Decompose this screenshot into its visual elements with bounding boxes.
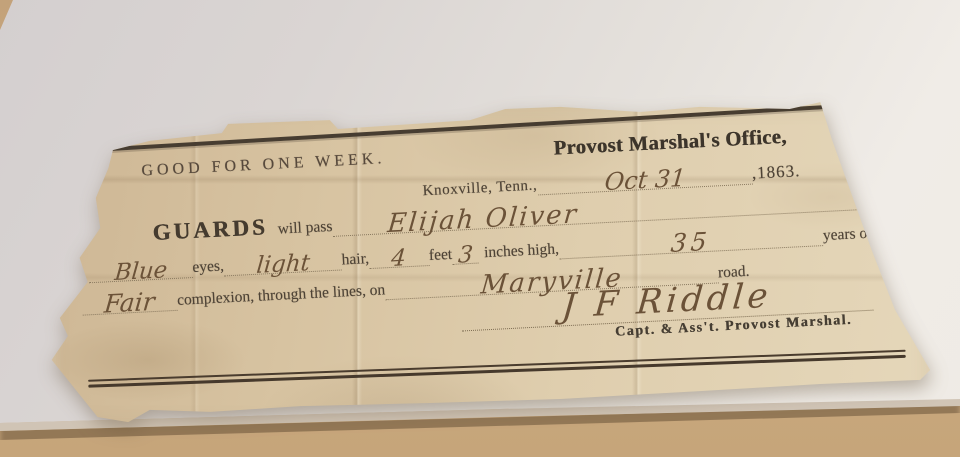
office-title: Provost Marshal's Office, — [553, 126, 787, 161]
feet-label: feet — [429, 246, 453, 265]
complexion-label: complexion, through the lines, on — [177, 281, 386, 310]
inches-label: inches high, — [484, 240, 560, 262]
handwritten-inches: 3 — [457, 246, 473, 265]
handwritten-hair: light — [255, 254, 310, 275]
handwritten-eyes: Blue — [113, 261, 167, 282]
feet-blank: 4 — [368, 244, 429, 269]
guards-word: GUARDS — [152, 214, 268, 246]
hair-label: hair, — [341, 250, 369, 269]
handwritten-date: Oct 31 — [603, 169, 686, 192]
photo-of-provost-marshal-pass: GOOD FOR ONE WEEK. Provost Marshal's Off… — [0, 0, 960, 457]
form-content: GOOD FOR ONE WEEK. Provost Marshal's Off… — [51, 79, 927, 422]
handwritten-signature: J F Riddle — [561, 283, 773, 321]
validity-note: GOOD FOR ONE WEEK. — [141, 150, 386, 180]
eyes-label: eyes, — [192, 257, 224, 277]
age-blank: 35 — [558, 222, 823, 259]
complexion-blank: Fair — [82, 287, 178, 316]
civil-war-pass-document: GOOD FOR ONE WEEK. Provost Marshal's Off… — [40, 95, 940, 435]
spacer — [268, 234, 278, 235]
dateline-year: ,1863. — [751, 161, 800, 183]
will-pass-label: will pass — [277, 218, 333, 239]
handwritten-name: Elijah Oliver — [386, 204, 578, 235]
hair-blank: light — [223, 248, 342, 276]
inches-blank: 3 — [452, 242, 479, 265]
dateline-place: Knoxville, Tenn., — [422, 177, 537, 200]
handwritten-age: 35 — [670, 232, 712, 254]
age-label: years of age, — [822, 223, 902, 245]
handwritten-feet: 4 — [391, 249, 407, 268]
document-shadow-wrap: GOOD FOR ONE WEEK. Provost Marshal's Off… — [0, 0, 960, 457]
handwritten-complexion: Fair — [104, 292, 156, 315]
eyes-blank: Blue — [88, 256, 193, 283]
